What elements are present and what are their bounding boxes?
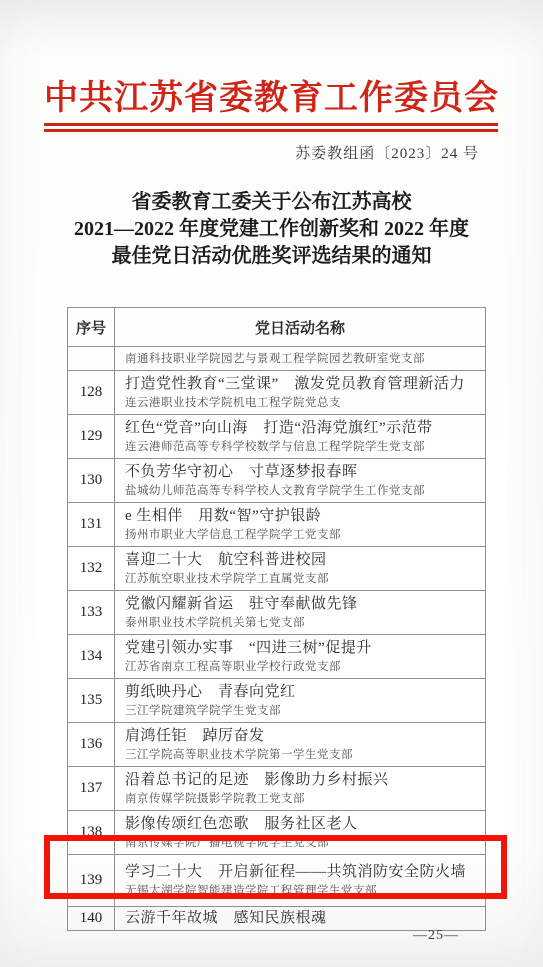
- organization-name: 江苏省南京工程高等职业学校行政党支部: [125, 659, 477, 675]
- table-row: 131 e 生相伴 用数“智”守护银龄 扬州市职业大学信息工程学院学工党支部: [68, 503, 486, 547]
- table-row: 130 不负芳华守初心 寸草逐梦报春晖 盐城幼儿师范高等专科学校人文教育学院学生…: [68, 459, 486, 503]
- row-index: 134: [68, 635, 115, 679]
- table-row: 137 沿着总书记的足迹 影像助力乡村振兴 南京传媒学院摄影学院教工党支部: [68, 767, 486, 811]
- notice-title-line-1: 省委教育工委关于公布江苏高校: [0, 189, 543, 216]
- organization-name: 南通科技职业学院园艺与景观工程学院园艺教研室党支部: [125, 351, 477, 367]
- row-index: 137: [68, 767, 115, 811]
- notice-title-line-3: 最佳党日活动优胜奖评选结果的通知: [0, 243, 543, 270]
- activity-name: 喜迎二十大 航空科普进校园: [125, 550, 477, 571]
- activity-name: 党徽闪耀新省运 驻守奉献做先锋: [125, 594, 477, 615]
- table-row-highlighted: 139 学习二十大 开启新征程——共筑消防安全防火墙 无锡太湖学院智能建造学院工…: [68, 855, 486, 907]
- letterhead-title: 中共江苏省委教育工作委员会: [0, 70, 543, 119]
- row-index: 138: [68, 811, 115, 855]
- table-row: 140 云游千年故城 感知民族根魂: [68, 907, 486, 931]
- organization-name: 连云港师范高等专科学校数学与信息工程学院学生党支部: [125, 439, 477, 455]
- organization-name: 盐城幼儿师范高等专科学校人文教育学院学生工作党支部: [125, 483, 477, 499]
- row-index: [68, 347, 115, 371]
- row-index: 131: [68, 503, 115, 547]
- column-header-activity-name: 党日活动名称: [115, 308, 486, 347]
- table-body: 南通科技职业学院园艺与景观工程学院园艺教研室党支部 128 打造党性教育“三堂课…: [68, 347, 486, 931]
- activity-name: 肩鸿任钜 踔厉奋发: [125, 726, 477, 747]
- activity-name: 学习二十大 开启新征程——共筑消防安全防火墙: [125, 862, 477, 883]
- table-row: 133 党徽闪耀新省运 驻守奉献做先锋 泰州职业技术学院机关第七党支部: [68, 591, 486, 635]
- activity-name: 沿着总书记的足迹 影像助力乡村振兴: [125, 770, 477, 791]
- row-index: 132: [68, 547, 115, 591]
- activity-name: 影像传颂红色恋歌 服务社区老人: [125, 814, 477, 835]
- organization-name: 南京传媒学院摄影学院教工党支部: [125, 791, 477, 807]
- table-row: 128 打造党性教育“三堂课” 激发党员教育管理新活力 连云港职业技术学院机电工…: [68, 371, 486, 415]
- table-header-row: 序号 党日活动名称: [68, 308, 486, 347]
- table-row: 132 喜迎二十大 航空科普进校园 江苏航空职业技术学院学工直属党支部: [68, 547, 486, 591]
- document-page: 中共江苏省委教育工作委员会 苏委教组函〔2023〕24 号 省委教育工委关于公布…: [0, 0, 543, 967]
- activity-name: e 生相伴 用数“智”守护银龄: [125, 506, 477, 527]
- activity-name: 红色“党音”向山海 打造“沿海党旗红”示范带: [125, 418, 477, 439]
- organization-name: 江苏航空职业技术学院学工直属党支部: [125, 571, 477, 587]
- row-index: 136: [68, 723, 115, 767]
- row-index: 139: [68, 855, 115, 907]
- activity-name: 打造党性教育“三堂课” 激发党员教育管理新活力: [125, 374, 477, 395]
- organization-name: 三江学院高等职业技术学院第一学生党支部: [125, 747, 477, 763]
- activity-name: 党建引领办实事 “四进三树”促提升: [125, 638, 477, 659]
- notice-title-line-2: 2021—2022 年度党建工作创新奖和 2022 年度: [0, 216, 543, 243]
- organization-name: 泰州职业技术学院机关第七党支部: [125, 615, 477, 631]
- organization-name: 南京传媒学院广播电视学院学生党支部: [125, 835, 477, 851]
- row-index: 128: [68, 371, 115, 415]
- award-results-table: 序号 党日活动名称 南通科技职业学院园艺与景观工程学院园艺教研室党支部 128 …: [67, 307, 486, 931]
- notice-title: 省委教育工委关于公布江苏高校 2021—2022 年度党建工作创新奖和 2022…: [0, 189, 543, 270]
- activity-name: 不负芳华守初心 寸草逐梦报春晖: [125, 462, 477, 483]
- row-index: 133: [68, 591, 115, 635]
- activity-name: 剪纸映丹心 青春向党红: [125, 682, 477, 703]
- table-row: 134 党建引领办实事 “四进三树”促提升 江苏省南京工程高等职业学校行政党支部: [68, 635, 486, 679]
- table-row: 138 影像传颂红色恋歌 服务社区老人 南京传媒学院广播电视学院学生党支部: [68, 811, 486, 855]
- row-index: 130: [68, 459, 115, 503]
- row-index: 129: [68, 415, 115, 459]
- document-number: 苏委教组函〔2023〕24 号: [295, 142, 479, 163]
- page-number: —25—: [413, 928, 459, 944]
- letterhead-divider: [44, 123, 498, 132]
- organization-name: 扬州市职业大学信息工程学院学工党支部: [125, 527, 477, 543]
- table-row: 136 肩鸿任钜 踔厉奋发 三江学院高等职业技术学院第一学生党支部: [68, 723, 486, 767]
- organization-name: 三江学院建筑学院学生党支部: [125, 703, 477, 719]
- table-row: 129 红色“党音”向山海 打造“沿海党旗红”示范带 连云港师范高等专科学校数学…: [68, 415, 486, 459]
- row-index: 135: [68, 679, 115, 723]
- row-index: 140: [68, 907, 115, 931]
- organization-name: 无锡太湖学院智能建造学院工程管理学生党支部: [125, 883, 477, 899]
- column-header-index: 序号: [68, 308, 115, 347]
- activity-name: 云游千年故城 感知民族根魂: [125, 910, 477, 927]
- table-row: 135 剪纸映丹心 青春向党红 三江学院建筑学院学生党支部: [68, 679, 486, 723]
- organization-name: 连云港职业技术学院机电工程学院党总支: [125, 395, 477, 411]
- table-row: 南通科技职业学院园艺与景观工程学院园艺教研室党支部: [68, 347, 486, 371]
